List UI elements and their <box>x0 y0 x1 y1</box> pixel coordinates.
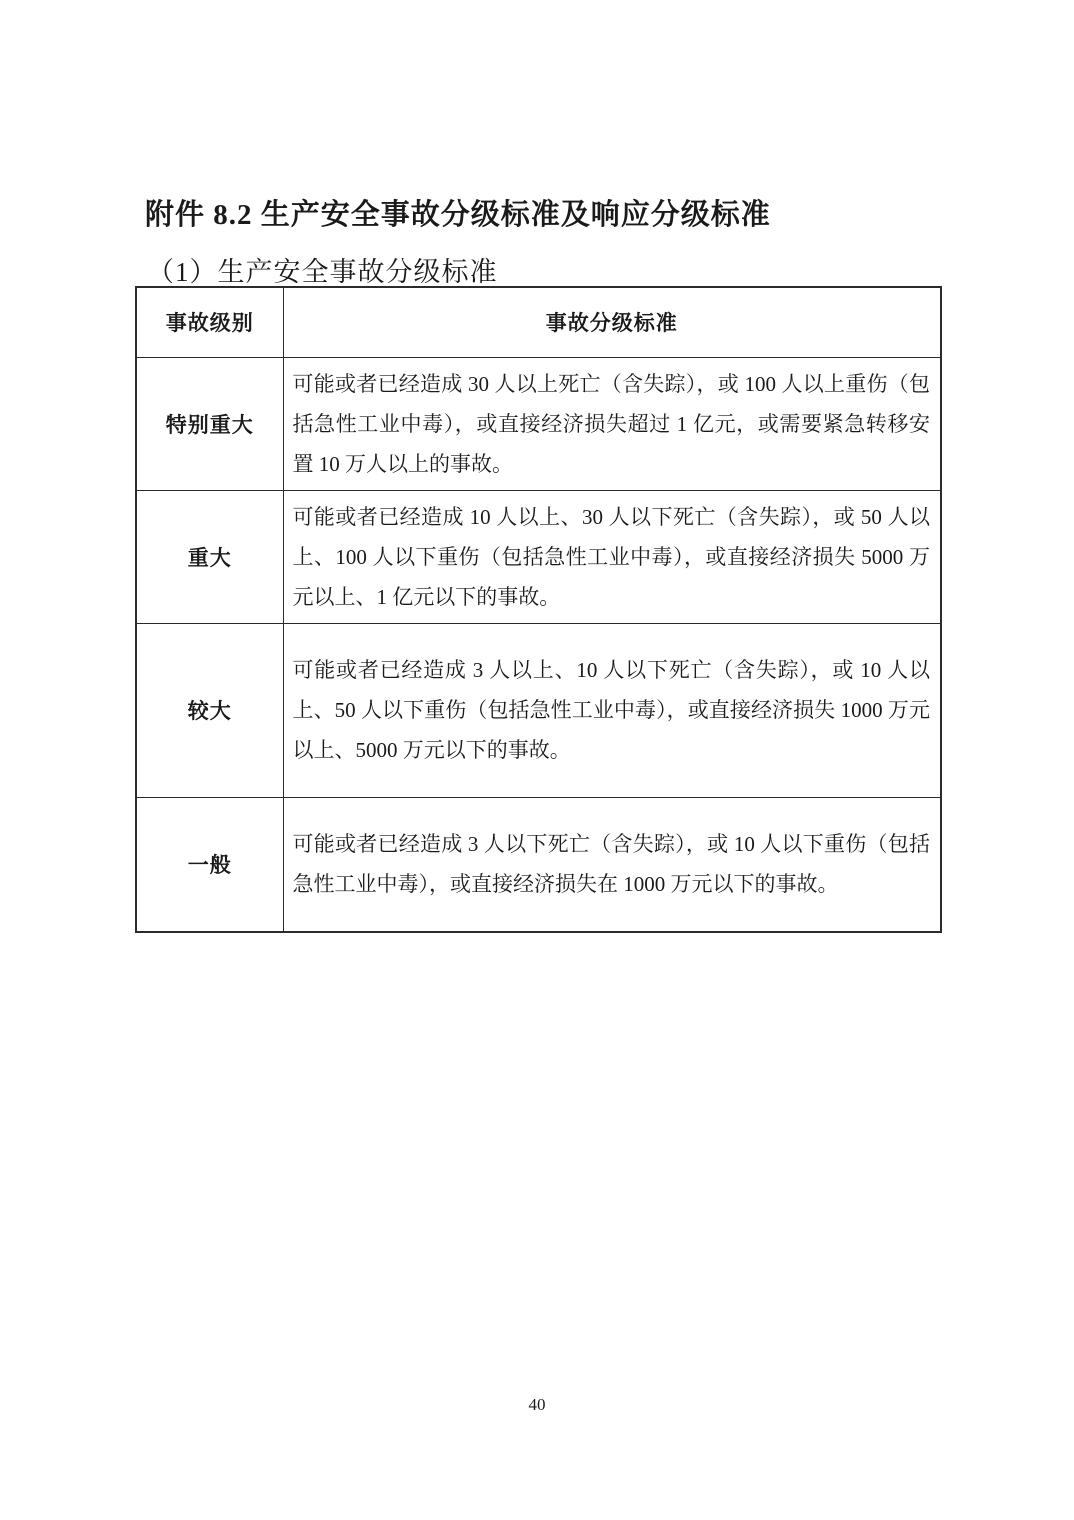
column-header-accident-level: 事故级别 <box>136 287 283 357</box>
criteria-cell-extremely-major: 可能或者已经造成 30 人以上死亡（含失踪），或 100 人以上重伤（包括急性工… <box>283 357 941 490</box>
criteria-cell-major: 可能或者已经造成 10 人以上、30 人以下死亡（含失踪），或 50 人以上、1… <box>283 490 941 623</box>
table-row: 较大 可能或者已经造成 3 人以上、10 人以下死亡（含失踪），或 10 人以上… <box>136 623 941 797</box>
page-number: 40 <box>0 1395 1074 1415</box>
column-header-grading-criteria: 事故分级标准 <box>283 287 941 357</box>
document-page: 附件 8.2 生产安全事故分级标准及响应分级标准 （1）生产安全事故分级标准 事… <box>0 0 1074 1520</box>
attachment-title: 附件 8.2 生产安全事故分级标准及响应分级标准 <box>145 192 945 233</box>
table-row: 一般 可能或者已经造成 3 人以下死亡（含失踪），或 10 人以下重伤（包括急性… <box>136 797 941 932</box>
level-cell-general: 一般 <box>136 797 283 932</box>
criteria-cell-general: 可能或者已经造成 3 人以下死亡（含失踪），或 10 人以下重伤（包括急性工业中… <box>283 797 941 932</box>
level-cell-major: 重大 <box>136 490 283 623</box>
level-cell-considerable: 较大 <box>136 623 283 797</box>
level-cell-extremely-major: 特别重大 <box>136 357 283 490</box>
table-row: 重大 可能或者已经造成 10 人以上、30 人以下死亡（含失踪），或 50 人以… <box>136 490 941 623</box>
section-subtitle: （1）生产安全事故分级标准 <box>147 250 847 289</box>
criteria-cell-considerable: 可能或者已经造成 3 人以上、10 人以下死亡（含失踪），或 10 人以上、50… <box>283 623 941 797</box>
accident-grading-table: 事故级别 事故分级标准 特别重大 可能或者已经造成 30 人以上死亡（含失踪），… <box>135 286 942 933</box>
table-row: 特别重大 可能或者已经造成 30 人以上死亡（含失踪），或 100 人以上重伤（… <box>136 357 941 490</box>
table-header-row: 事故级别 事故分级标准 <box>136 287 941 357</box>
